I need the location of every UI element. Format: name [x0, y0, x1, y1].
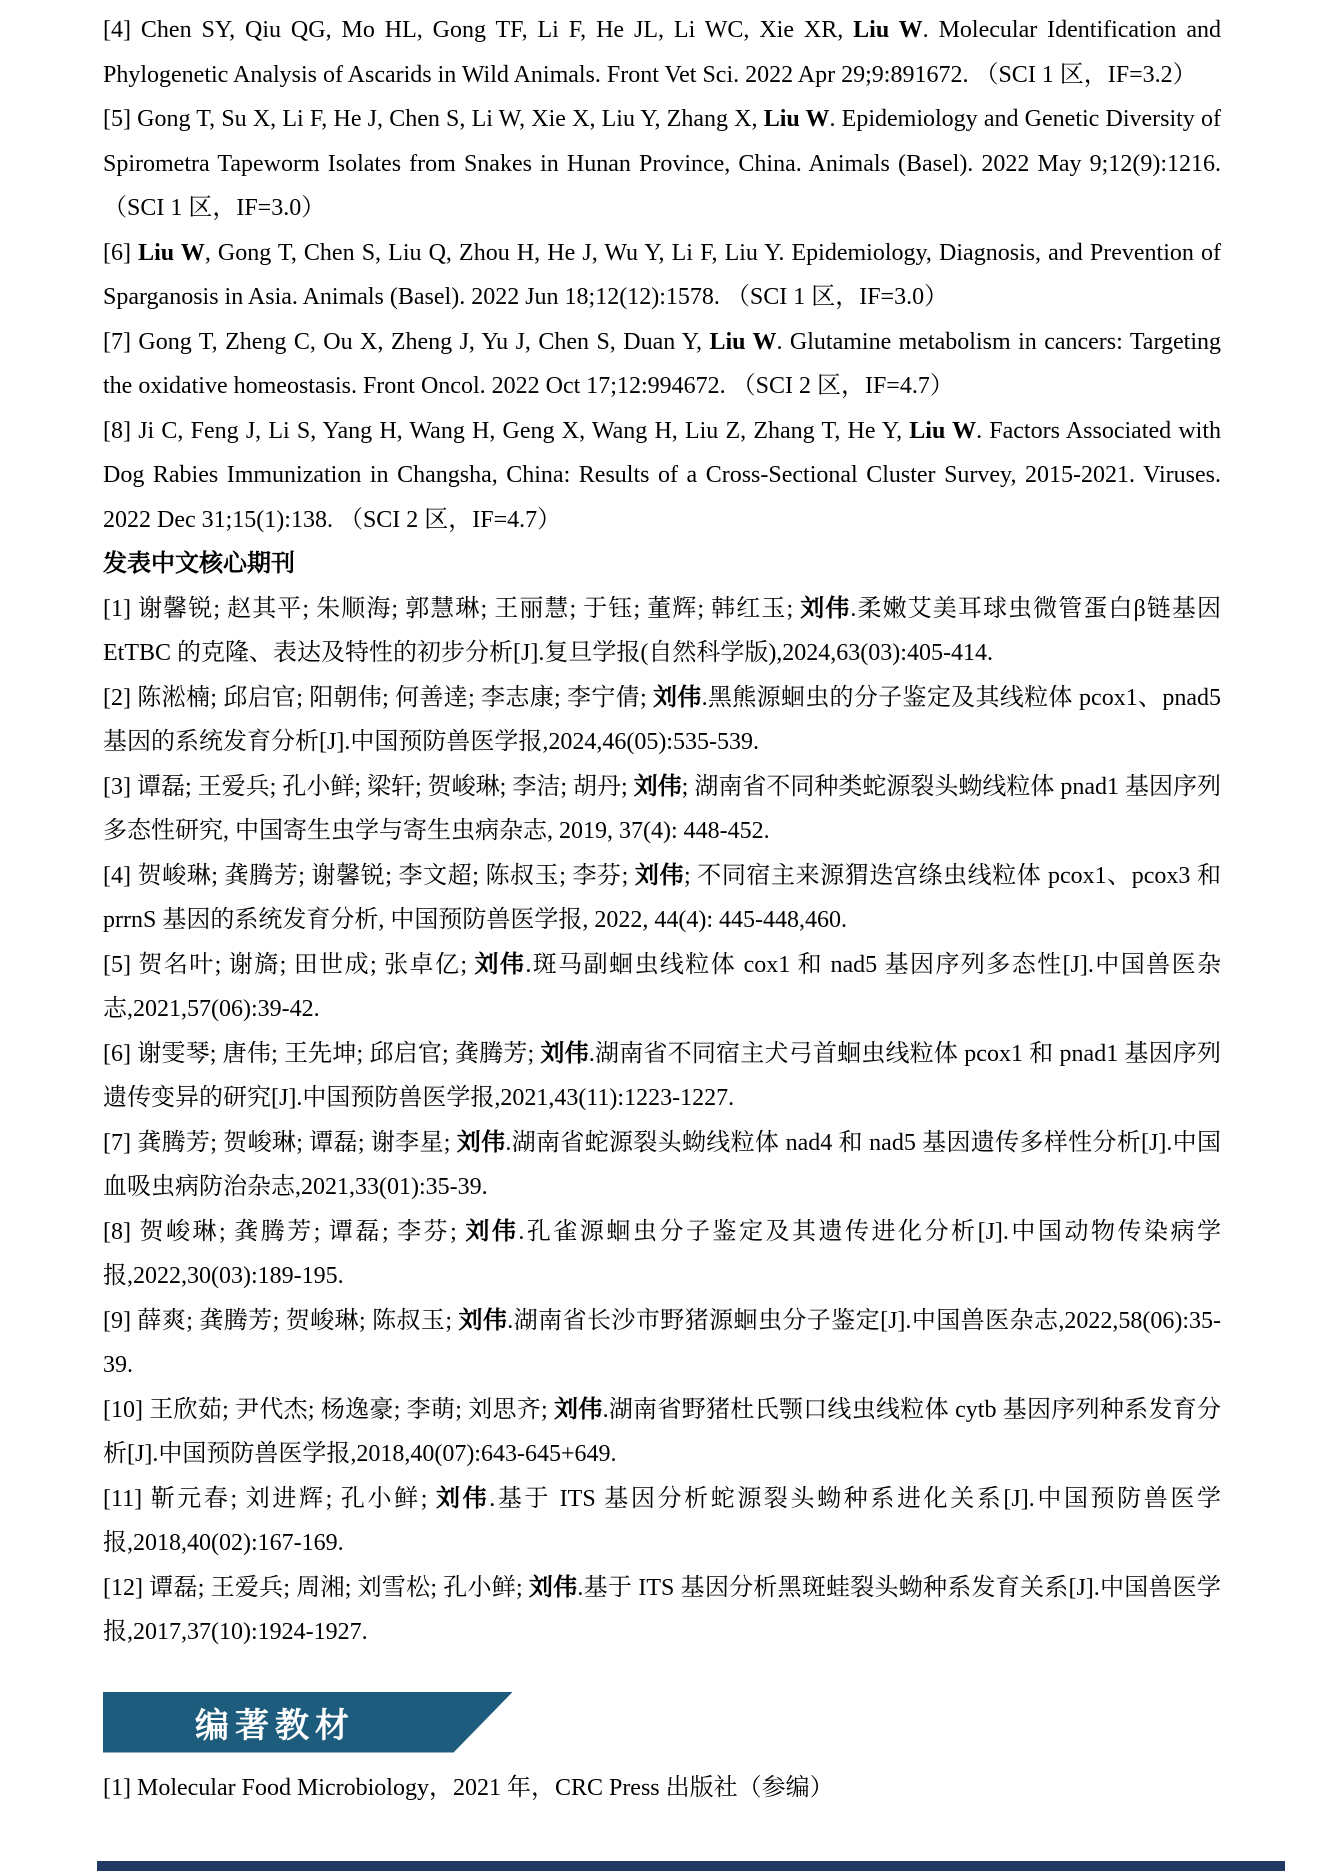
- chinese-reference-item: [2] 陈淞楠; 邱启官; 阳朝伟; 何善逹; 李志康; 李宁倩; 刘伟.黑熊源…: [103, 676, 1221, 765]
- chinese-reference-item: [7] 龚腾芳; 贺峻琳; 谭磊; 谢李星; 刘伟.湖南省蛇源裂头蚴线粒体 na…: [103, 1121, 1221, 1210]
- sci-reference-item: [6] Liu W, Gong T, Chen S, Liu Q, Zhou H…: [103, 231, 1221, 320]
- author-highlight: 刘伟: [635, 863, 684, 889]
- chinese-publication-list: [1] 谢馨锐; 赵其平; 朱顺海; 郭慧琳; 王丽慧; 于钰; 董辉; 韩红玉…: [103, 587, 1221, 1655]
- textbook-reference-item: [1] Molecular Food Microbiology，2021 年，C…: [103, 1766, 1221, 1811]
- reference-text: [1] Molecular Food Microbiology，2021 年，C…: [103, 1775, 834, 1801]
- chinese-reference-item: [6] 谢雯琴; 唐伟; 王先坤; 邱启官; 龚腾芳; 刘伟.湖南省不同宿主犬弓…: [103, 1032, 1221, 1121]
- chinese-reference-item: [11] 靳元春; 刘进辉; 孔小鲜; 刘伟.基于 ITS 基因分析蛇源裂头蚴种…: [103, 1477, 1221, 1566]
- reference-text: [9] 薛爽; 龚腾芳; 贺峻琳; 陈叔玉;: [103, 1308, 458, 1334]
- reference-text: [7] 龚腾芳; 贺峻琳; 谭磊; 谢李星;: [103, 1130, 457, 1156]
- textbook-list: [1] Molecular Food Microbiology，2021 年，C…: [103, 1766, 1221, 1811]
- reference-text: [5] 贺名叶; 谢旖; 田世成; 张卓亿;: [103, 952, 474, 978]
- author-highlight: 刘伟: [436, 1486, 489, 1512]
- sci-reference-item: [8] Ji C, Feng J, Li S, Yang H, Wang H, …: [103, 409, 1221, 543]
- author-highlight: 刘伟: [457, 1130, 506, 1156]
- reference-text: [7] Gong T, Zheng C, Ou X, Zheng J, Yu J…: [103, 329, 709, 355]
- chinese-reference-item: [3] 谭磊; 王爱兵; 孔小鲜; 梁轩; 贺峻琳; 李洁; 胡丹; 刘伟; 湖…: [103, 765, 1221, 854]
- author-highlight: 刘伟: [474, 952, 525, 978]
- sci-reference-item: [7] Gong T, Zheng C, Ou X, Zheng J, Yu J…: [103, 320, 1221, 409]
- chinese-reference-item: [8] 贺峻琳; 龚腾芳; 谭磊; 李芬; 刘伟.孔雀源蛔虫分子鉴定及其遗传进化…: [103, 1210, 1221, 1299]
- author-highlight: Liu W: [909, 418, 976, 444]
- author-highlight: Liu W: [138, 240, 205, 266]
- chinese-reference-item: [1] 谢馨锐; 赵其平; 朱顺海; 郭慧琳; 王丽慧; 于钰; 董辉; 韩红玉…: [103, 587, 1221, 676]
- author-highlight: 刘伟: [458, 1308, 507, 1334]
- reference-text: [3] 谭磊; 王爱兵; 孔小鲜; 梁轩; 贺峻琳; 李洁; 胡丹;: [103, 774, 634, 800]
- author-highlight: Liu W: [764, 106, 830, 132]
- reference-text: [10] 王欣茹; 尹代杰; 杨逸豪; 李萌; 刘思齐;: [103, 1397, 554, 1423]
- chinese-reference-item: [9] 薛爽; 龚腾芳; 贺峻琳; 陈叔玉; 刘伟.湖南省长沙市野猪源蛔虫分子鉴…: [103, 1299, 1221, 1388]
- chinese-reference-item: [12] 谭磊; 王爱兵; 周湘; 刘雪松; 孔小鲜; 刘伟.基于 ITS 基因…: [103, 1566, 1221, 1655]
- author-highlight: 刘伟: [554, 1397, 603, 1423]
- reference-text: [8] Ji C, Feng J, Li S, Yang H, Wang H, …: [103, 418, 909, 444]
- reference-text: [1] 谢馨锐; 赵其平; 朱顺海; 郭慧琳; 王丽慧; 于钰; 董辉; 韩红玉…: [103, 596, 800, 622]
- reference-text: [4] Chen SY, Qiu QG, Mo HL, Gong TF, Li …: [103, 17, 853, 43]
- document-body: [4] Chen SY, Qiu QG, Mo HL, Gong TF, Li …: [103, 8, 1221, 1810]
- core-journal-heading: 发表中文核心期刊: [103, 542, 1221, 587]
- reference-text: [12] 谭磊; 王爱兵; 周湘; 刘雪松; 孔小鲜;: [103, 1575, 529, 1601]
- author-highlight: 刘伟: [540, 1041, 588, 1067]
- author-highlight: 刘伟: [800, 596, 850, 622]
- reference-text: [6] 谢雯琴; 唐伟; 王先坤; 邱启官; 龚腾芳;: [103, 1041, 540, 1067]
- chinese-reference-item: [5] 贺名叶; 谢旖; 田世成; 张卓亿; 刘伟.斑马副蛔虫线粒体 cox1 …: [103, 943, 1221, 1032]
- footer-bar: [97, 1861, 1285, 1871]
- reference-text: [4] 贺峻琳; 龚腾芳; 谢馨锐; 李文超; 陈叔玉; 李芬;: [103, 863, 635, 889]
- reference-text: [2] 陈淞楠; 邱启官; 阳朝伟; 何善逹; 李志康; 李宁倩;: [103, 685, 653, 711]
- sci-reference-item: [5] Gong T, Su X, Li F, He J, Chen S, Li…: [103, 97, 1221, 231]
- reference-text: [11] 靳元春; 刘进辉; 孔小鲜;: [103, 1486, 436, 1512]
- reference-text: , Gong T, Chen S, Liu Q, Zhou H, He J, W…: [103, 240, 1221, 311]
- author-highlight: 刘伟: [634, 774, 682, 800]
- chinese-reference-item: [10] 王欣茹; 尹代杰; 杨逸豪; 李萌; 刘思齐; 刘伟.湖南省野猪杜氏颚…: [103, 1388, 1221, 1477]
- reference-text: [6]: [103, 240, 138, 266]
- textbook-section-title: 编著教材: [103, 1698, 355, 1747]
- sci-publication-list: [4] Chen SY, Qiu QG, Mo HL, Gong TF, Li …: [103, 8, 1221, 542]
- author-highlight: Liu W: [853, 17, 923, 43]
- reference-text: [8] 贺峻琳; 龚腾芳; 谭磊; 李芬;: [103, 1219, 465, 1245]
- textbook-section-banner: 编著教材: [103, 1692, 513, 1753]
- author-highlight: 刘伟: [529, 1575, 577, 1601]
- chinese-reference-item: [4] 贺峻琳; 龚腾芳; 谢馨锐; 李文超; 陈叔玉; 李芬; 刘伟; 不同宿…: [103, 854, 1221, 943]
- reference-text: [5] Gong T, Su X, Li F, He J, Chen S, Li…: [103, 106, 764, 132]
- author-highlight: 刘伟: [653, 685, 702, 711]
- author-highlight: 刘伟: [465, 1219, 518, 1245]
- author-highlight: Liu W: [709, 329, 776, 355]
- sci-reference-item: [4] Chen SY, Qiu QG, Mo HL, Gong TF, Li …: [103, 8, 1221, 97]
